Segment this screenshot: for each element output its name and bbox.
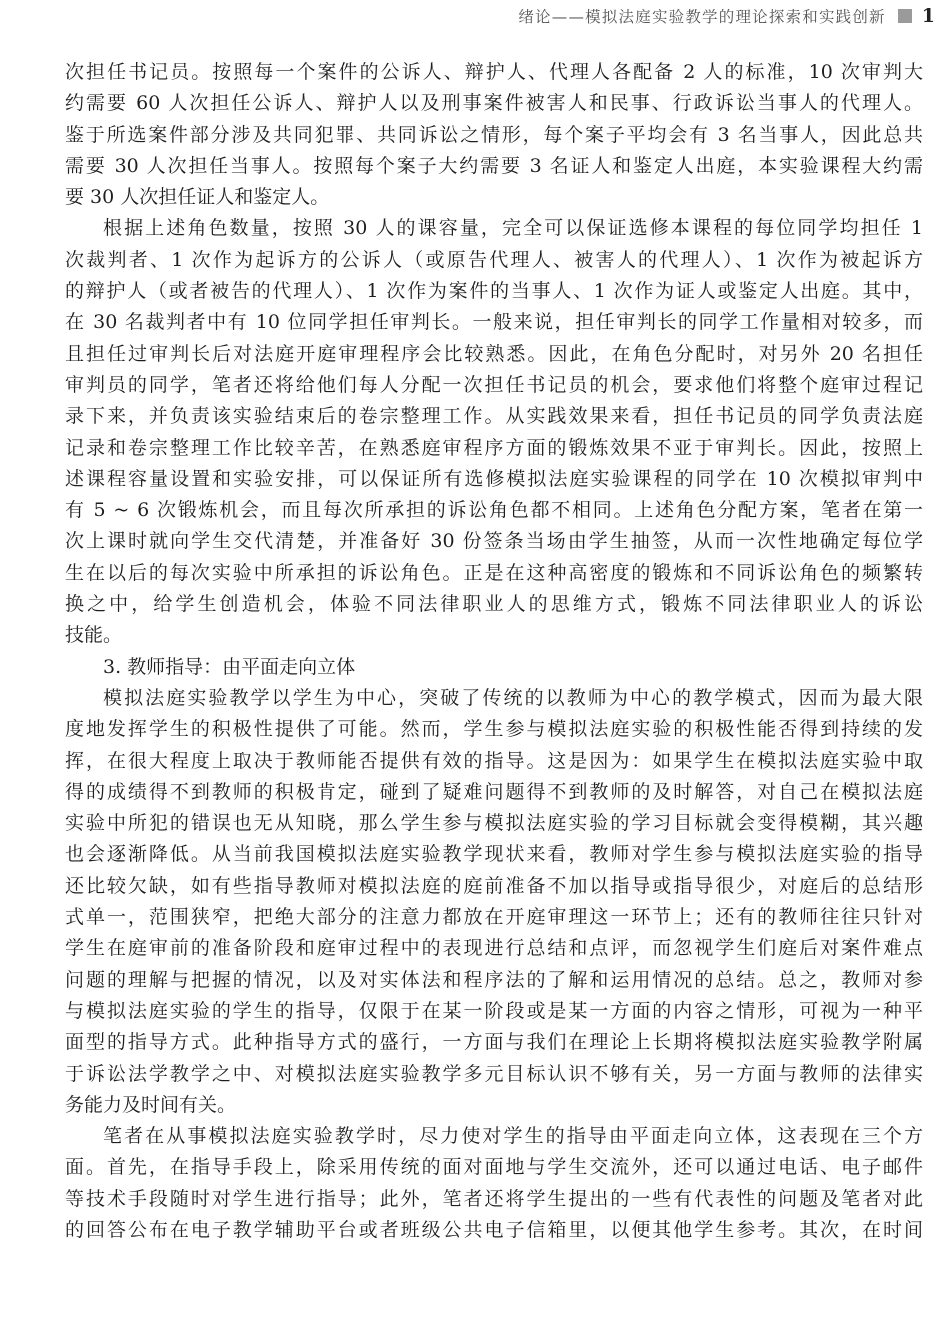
text-line: 根据上述角色数量，按照 30 人的课容量，完全可以保证选修本课程的每位同学均担任…	[65, 213, 923, 244]
section-heading: 3. 教师指导：由平面走向立体	[65, 652, 923, 683]
header-title: 绪论——模拟法庭实验教学的理论探索和实践创新	[518, 5, 885, 27]
text-line: 鉴于所选案件部分涉及共同犯罪、共同诉讼之情形，每个案子平均会有 3 名当事人，因…	[65, 120, 923, 151]
text-line: 在 30 名裁判者中有 10 位同学担任审判长。一般来说，担任审判长的同学工作量…	[65, 307, 923, 338]
text-line: 次担任书记员。按照每一个案件的公诉人、辩护人、代理人各配备 2 人的标准，10 …	[65, 57, 923, 88]
text-line: 问题的理解与把握的情况，以及对实体法和程序法的了解和运用情况的总结。总之，教师对…	[65, 965, 923, 996]
text-line: 于诉讼法学教学之中、对模拟法庭实验教学多元目标认识不够有关，另一方面与教师的法律…	[65, 1059, 923, 1090]
text-line: 式单一，范围狭窄，把绝大部分的注意力都放在开庭审理这一环节上；还有的教师往往只针…	[65, 902, 923, 933]
text-line: 还比较欠缺，如有些指导教师对模拟法庭的庭前准备不加以指导或指导很少，对庭后的总结…	[65, 871, 923, 902]
text-line: 得的成绩得不到教师的积极肯定，碰到了疑难问题得不到教师的及时解答，对自己在模拟法…	[65, 777, 923, 808]
text-line: 面。首先，在指导手段上，除采用传统的面对面地与学生交流外，还可以通过电话、电子邮…	[65, 1152, 923, 1183]
text-line: 笔者在从事模拟法庭实验教学时，尽力使对学生的指导由平面走向立体，这表现在三个方	[65, 1121, 923, 1152]
text-line: 面型的指导方式。此种指导方式的盛行，一方面与我们在理论上长期将模拟法庭实验教学附…	[65, 1027, 923, 1058]
text-line: 学生在庭审前的准备阶段和庭审过程中的表现进行总结和点评，而忽视学生们庭后对案件难…	[65, 933, 923, 964]
text-line: 换之中，给学生创造机会，体验不同法律职业人的思维方式，锻炼不同法律职业人的诉讼	[65, 589, 923, 620]
text-line: 需要 30 人次担任当事人。按照每个案子大约需要 3 名证人和鉴定人出庭，本实验…	[65, 151, 923, 182]
text-line: 记录和卷宗整理工作比较辛苦，在熟悉庭审程序方面的锻炼效果不亚于审判长。因此，按照…	[65, 433, 923, 464]
text-line: 与模拟法庭实验的学生的指导，仅限于在某一阶段或是某一方面的内容之情形，可视为一种…	[65, 996, 923, 1027]
page-number: 1	[922, 5, 935, 27]
text-line: 述课程容量设置和实验安排，可以保证所有选修模拟法庭实验课程的同学在 10 次模拟…	[65, 464, 923, 495]
text-line: 有 5 ~ 6 次锻炼机会，而且每次所承担的诉讼角色都不相同。上述角色分配方案，…	[65, 495, 923, 526]
header-square-icon	[898, 9, 912, 23]
text-line: 要 30 人次担任证人和鉴定人。	[65, 182, 923, 213]
text-line: 生在以后的每次实验中所承担的诉讼角色。正是在这种高密度的锻炼和不同诉讼角色的频繁…	[65, 558, 923, 589]
text-line: 录下来，并负责该实验结束后的卷宗整理工作。从实践效果来看，担任书记员的同学负责法…	[65, 401, 923, 432]
text-line: 模拟法庭实验教学以学生为中心，突破了传统的以教师为中心的教学模式，因而为最大限	[65, 683, 923, 714]
text-line: 度地发挥学生的积极性提供了可能。然而，学生参与模拟法庭实验的积极性能否得到持续的…	[65, 714, 923, 745]
text-line: 的回答公布在电子教学辅助平台或者班级公共电子信箱里，以便其他学生参考。其次，在时…	[65, 1215, 923, 1246]
text-line: 约需要 60 人次担任公诉人、辩护人以及刑事案件被害人和民事、行政诉讼当事人的代…	[65, 88, 923, 119]
text-line: 也会逐渐降低。从当前我国模拟法庭实验教学现状来看，教师对学生参与模拟法庭实验的指…	[65, 839, 923, 870]
text-line: 等技术手段随时对学生进行指导；此外，笔者还将学生提出的一些有代表性的问题及笔者对…	[65, 1184, 923, 1215]
text-line: 且担任过审判长后对法庭开庭审理程序会比较熟悉。因此，在角色分配时，对另外 20 …	[65, 339, 923, 370]
running-header: 绪论——模拟法庭实验教学的理论探索和实践创新 1	[518, 3, 935, 29]
text-line: 挥，在很大程度上取决于教师能否提供有效的指导。这是因为：如果学生在模拟法庭实验中…	[65, 746, 923, 777]
text-line: 的辩护人（或者被告的代理人）、1 次作为案件的当事人、1 次作为证人或鉴定人出庭…	[65, 276, 923, 307]
text-line: 实验中所犯的错误也无从知晓，那么学生参与模拟法庭实验的学习目标就会变得模糊，其兴…	[65, 808, 923, 839]
text-line: 技能。	[65, 620, 923, 651]
text-line: 次上课时就向学生交代清楚，并准备好 30 份签条当场由学生抽签，从而一次性地确定…	[65, 526, 923, 557]
text-line: 次裁判者、1 次作为起诉方的公诉人（或原告代理人、被害人的代理人）、1 次作为被…	[65, 245, 923, 276]
body-text: 次担任书记员。按照每一个案件的公诉人、辩护人、代理人各配备 2 人的标准，10 …	[65, 57, 923, 1246]
text-line: 务能力及时间有关。	[65, 1090, 923, 1121]
text-line: 审判员的同学，笔者还将给他们每人分配一次担任书记员的机会，要求他们将整个庭审过程…	[65, 370, 923, 401]
